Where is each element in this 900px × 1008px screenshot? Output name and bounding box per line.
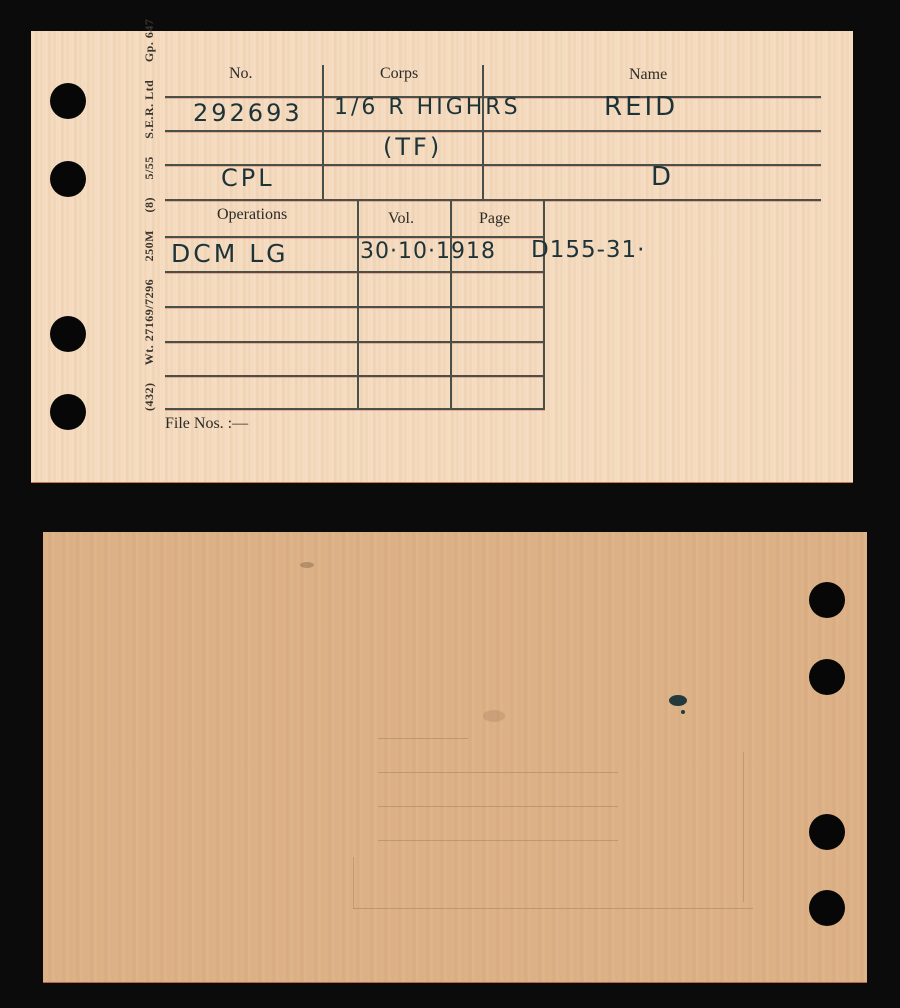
ink-spot: [681, 710, 685, 714]
show-through-rule: [353, 857, 354, 909]
file-nos-label: File Nos. :—: [165, 415, 248, 433]
punch-hole: [809, 582, 845, 618]
rank-value: CPL: [221, 164, 275, 192]
header-page: Page: [479, 210, 510, 228]
operations-value: DCM LG: [171, 239, 289, 268]
show-through-rule: [743, 752, 744, 902]
punch-hole: [50, 316, 86, 352]
column-divider: [322, 65, 324, 199]
punch-hole: [809, 814, 845, 850]
initial-value: D: [651, 162, 674, 192]
corps-value: 1/6 R HIGHRS: [334, 95, 521, 120]
show-through-rule: [378, 738, 468, 739]
rule: [165, 130, 821, 132]
header-corps: Corps: [380, 65, 418, 83]
column-divider: [543, 201, 545, 409]
surname-value: REID: [604, 92, 678, 122]
rule: [165, 236, 543, 238]
column-divider: [482, 65, 484, 199]
punch-hole: [50, 83, 86, 119]
corps-note: (TF): [383, 133, 442, 161]
rule: [165, 199, 821, 201]
show-through-rule: [353, 908, 753, 909]
punch-hole: [809, 659, 845, 695]
rule: [165, 341, 543, 343]
rule: [165, 375, 543, 377]
header-vol: Vol.: [388, 210, 414, 228]
show-through-rule: [378, 772, 618, 773]
punch-hole: [50, 394, 86, 430]
mark: [300, 562, 314, 568]
printer-imprint: (432) Wt. 27169/7296 250M (8) 5/55 S.E.R…: [142, 5, 157, 411]
header-operations: Operations: [217, 206, 287, 224]
vol-value: 30·10·1918: [360, 239, 496, 264]
header-name: Name: [629, 66, 667, 84]
punch-hole: [50, 161, 86, 197]
column-divider: [450, 201, 452, 408]
show-through-rule: [378, 806, 618, 807]
index-card-back: [43, 532, 867, 983]
punch-hole: [809, 890, 845, 926]
ink-spot: [669, 695, 687, 706]
rule: [165, 306, 543, 308]
service-number: 292693: [193, 99, 303, 127]
page-value: D155-31·: [531, 237, 646, 263]
header-no: No.: [229, 65, 253, 83]
index-card-front: (432) Wt. 27169/7296 250M (8) 5/55 S.E.R…: [31, 31, 853, 483]
rule: [165, 271, 543, 273]
rule: [165, 408, 545, 410]
show-through-rule: [378, 840, 618, 841]
mark: [483, 710, 505, 722]
column-divider: [357, 201, 359, 408]
